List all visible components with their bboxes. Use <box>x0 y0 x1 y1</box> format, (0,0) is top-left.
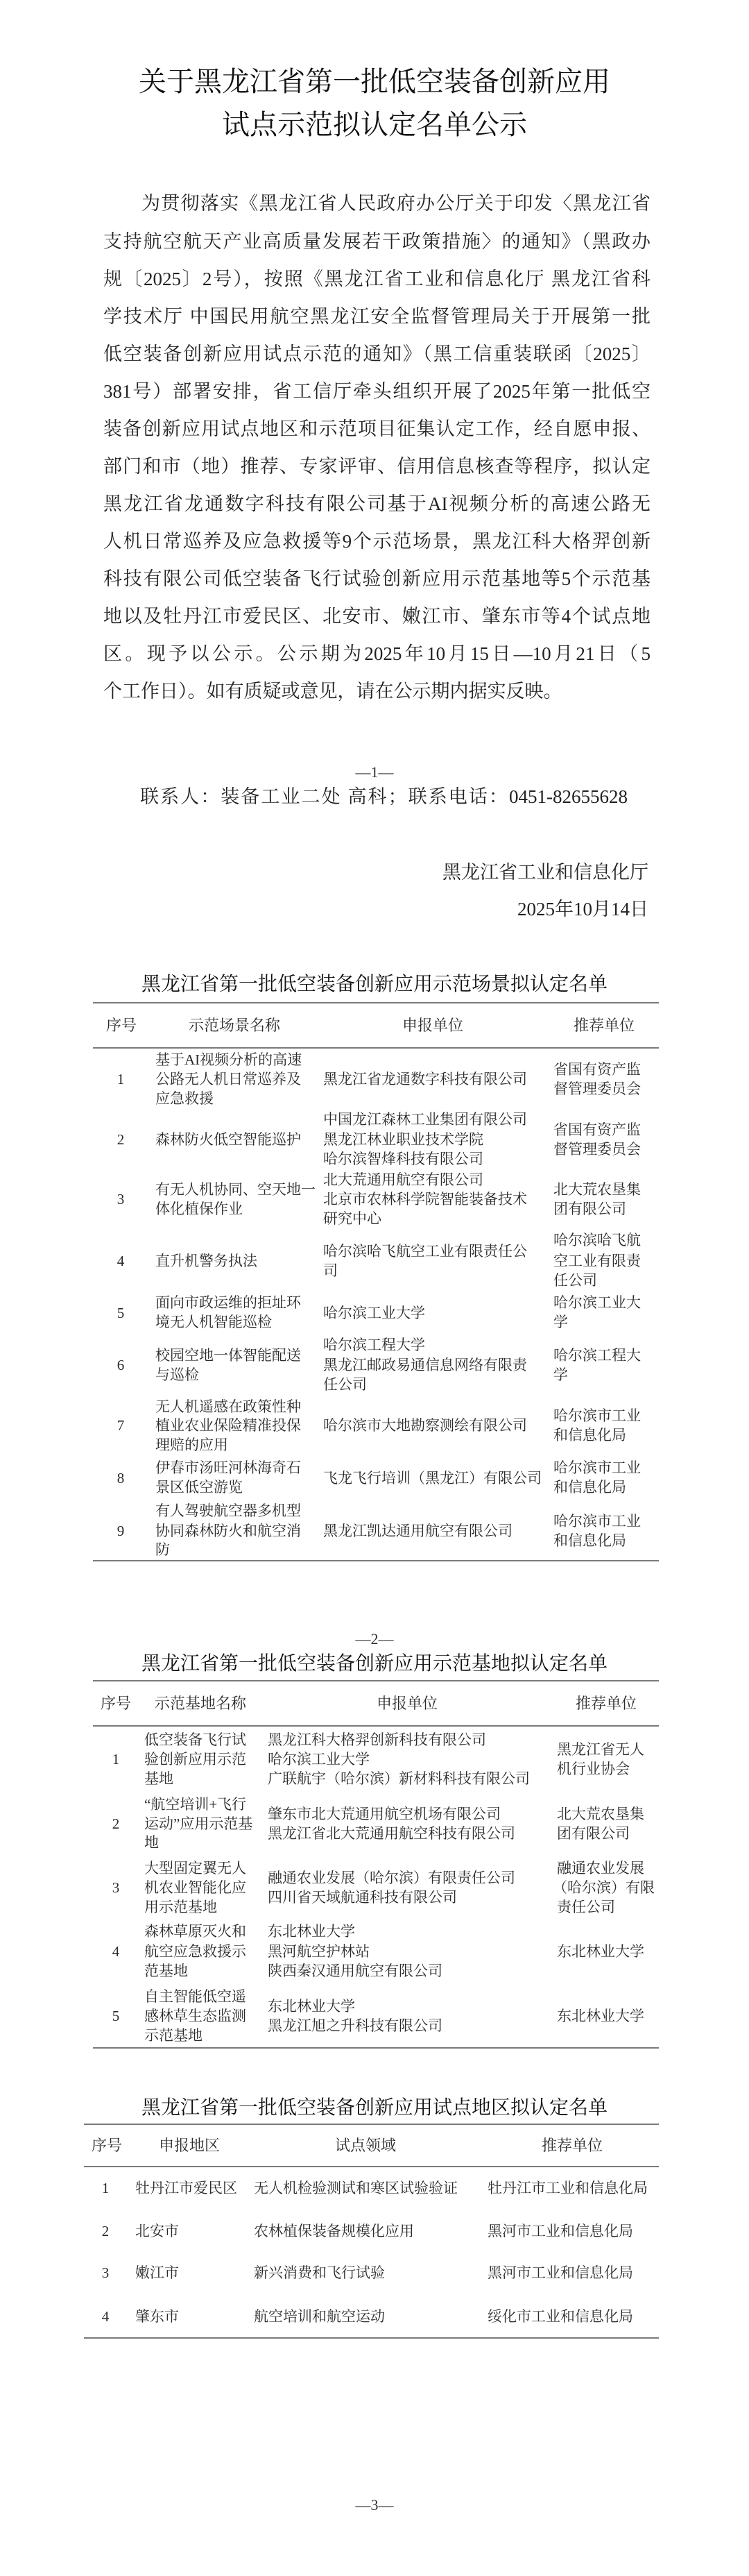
recommender: 东北林业大学 <box>557 2006 644 2026</box>
row-number: 1 <box>105 1749 126 1769</box>
scene-name: 境无人机智能巡检 <box>155 1312 272 1332</box>
recommender: 哈尔滨市工业 <box>553 1406 641 1425</box>
table-top-rule <box>84 2124 659 2125</box>
scene-name: 协同森林防火和航空消 <box>155 1521 301 1541</box>
base-name: 机农业智能化应 <box>144 1878 246 1897</box>
scene-name: 植业农业保险精准投保 <box>155 1416 301 1435</box>
signature-org: 黑龙江省工业和信息化厅 <box>442 862 648 883</box>
table-bottom-rule <box>93 2047 659 2049</box>
scene-name: 伊春市汤旺河林海奇石 <box>155 1458 301 1477</box>
body-line: 支持航空航天产业高质量发展若干政策措施〉的通知》（黑政办 <box>103 231 651 252</box>
base-name: 基地 <box>144 1769 173 1788</box>
header-cell: 序号 <box>101 1694 131 1713</box>
recommender: 和信息化局 <box>553 1425 626 1445</box>
row-number: 4 <box>105 1942 126 1961</box>
recommender: 哈尔滨市工业 <box>553 1511 641 1531</box>
applicant: 黑龙江林业职业技术学院 <box>323 1130 483 1149</box>
applicant: 哈尔滨工业大学 <box>323 1303 425 1323</box>
body-line: 381号）部署安排，省工信厅牵头组织开展了2025年第一批低空 <box>103 381 651 402</box>
region: 北安市 <box>135 2221 179 2241</box>
base-name: 地 <box>144 1833 159 1852</box>
base-name: 感林草生态监测 <box>144 2006 246 2026</box>
recommender: 黑河市工业和信息化局 <box>488 2221 633 2241</box>
table-bottom-rule <box>84 2337 659 2339</box>
row-number: 3 <box>95 2263 116 2282</box>
recommender: 督管理委员会 <box>553 1079 641 1099</box>
body-line: 个工作日）。如有质疑或意见，请在公示期内据实反映。 <box>103 681 651 702</box>
applicant: 中国龙江森林工业集团有限公司 <box>323 1110 527 1129</box>
body-line: 区。现予以公示。公示期为2025年10月15日—10月21日（5 <box>103 643 651 664</box>
recommender: 融通农业发展 <box>557 1858 644 1878</box>
scene-name: 基于AI视频分析的高速 <box>155 1050 302 1069</box>
applicant: 四川省天域航通科技有限公司 <box>268 1888 457 1907</box>
recommender: 和信息化局 <box>553 1477 626 1497</box>
recommender: 省国有资产监 <box>553 1060 641 1079</box>
table-header-rule <box>93 1047 659 1049</box>
row-number: 2 <box>95 2221 116 2241</box>
applicant: 东北林业大学 <box>268 1922 355 1941</box>
region: 牡丹江市爱民区 <box>135 2178 237 2198</box>
pilot-field: 农林植保装备规模化应用 <box>254 2221 414 2241</box>
header-cell: 申报单位 <box>377 1694 438 1713</box>
row-number: 4 <box>110 1251 131 1271</box>
base-name: 低空装备飞行试 <box>144 1730 246 1749</box>
body-line: 科技有限公司低空装备飞行试验创新应用示范基地等5个示范基 <box>103 568 651 589</box>
row-number: 3 <box>110 1189 131 1209</box>
body-line: 地以及牡丹江市爱民区、北安市、嫩江市、肇东市等4个试点地 <box>103 606 651 627</box>
recommender: 学 <box>553 1312 568 1332</box>
applicant: 广联航宇（哈尔滨）新材料科技有限公司 <box>268 1769 530 1788</box>
body-line: 人机日常巡养及应急救援等9个示范场景，黑龙江科大格羿创新 <box>103 531 651 552</box>
base-name: 用示范基地 <box>144 1897 217 1917</box>
header-cell: 示范场景名称 <box>189 1016 280 1035</box>
row-number: 5 <box>110 1303 131 1323</box>
applicant: 哈尔滨哈飞航空工业有限责任公 <box>323 1242 527 1261</box>
recommender: 学 <box>553 1365 568 1384</box>
applicant: 哈尔滨市大地勘察测绘有限公司 <box>323 1416 527 1435</box>
recommender: 空工业有限责 <box>553 1251 641 1271</box>
row-number: 2 <box>110 1130 131 1149</box>
table-bottom-rule <box>93 1560 659 1561</box>
recommender: 北大荒农垦集 <box>557 1804 644 1824</box>
scene-name: 应急救援 <box>155 1089 214 1108</box>
base-name: 范基地 <box>144 1961 188 1981</box>
recommender: 机行业协会 <box>557 1759 630 1779</box>
header-cell: 申报单位 <box>402 1016 463 1035</box>
recommender: （哈尔滨）有限 <box>553 1878 655 1897</box>
applicant: 黑龙江科大格羿创新科技有限公司 <box>268 1730 486 1749</box>
row-number: 7 <box>110 1416 131 1435</box>
recommender: 和信息化局 <box>553 1531 626 1550</box>
recommender: 团有限公司 <box>557 1824 630 1843</box>
applicant: 司 <box>323 1261 338 1280</box>
scene-name: 面向市政运维的拒址环 <box>155 1293 301 1312</box>
row-number: 3 <box>105 1878 126 1897</box>
table-regions-title: 黑龙江省第一批低空装备创新应用试点地区拟认定名单 <box>0 2097 749 2118</box>
row-number: 1 <box>110 1069 131 1089</box>
recommender: 东北林业大学 <box>557 1942 644 1961</box>
header-cell: 示范基地名称 <box>155 1694 246 1713</box>
body-line: 为贯彻落实《黑龙江省人民政府办公厅关于印发〈黑龙江省 <box>141 193 651 214</box>
body-line: 低空装备创新应用试点示范的通知》（黑工信重装联函〔2025〕 <box>103 344 651 364</box>
base-name: 示范基地 <box>144 2026 203 2045</box>
row-number: 9 <box>110 1521 131 1541</box>
applicant: 黑龙江凯达通用航空有限公司 <box>323 1521 513 1541</box>
pilot-field: 无人机检验测试和寒区试验验证 <box>254 2178 458 2198</box>
recommender: 哈尔滨市工业 <box>553 1458 641 1477</box>
body-line: 规〔2025〕2号），按照《黑龙江省工业和信息化厅 黑龙江省科 <box>103 269 651 289</box>
base-name: 大型固定翼无人 <box>144 1858 246 1878</box>
recommender: 哈尔滨哈飞航 <box>553 1230 641 1250</box>
recommender: 黑龙江省无人 <box>557 1740 644 1759</box>
applicant: 肇东市北大荒通用航空机场有限公司 <box>268 1804 501 1824</box>
region: 嫩江市 <box>135 2263 179 2282</box>
page-number: —2— <box>0 1631 749 1647</box>
base-name: 验创新应用示范 <box>144 1749 246 1769</box>
applicant: 黑龙江省龙通数字科技有限公司 <box>323 1069 527 1089</box>
applicant: 融通农业发展（哈尔滨）有限责任公司 <box>268 1868 515 1888</box>
recommender: 团有限公司 <box>553 1199 626 1219</box>
recommender: 任公司 <box>553 1271 597 1290</box>
row-number: 2 <box>105 1814 126 1833</box>
table-top-rule <box>93 1680 659 1681</box>
body-line: 装备创新应用试点地区和示范项目征集认定工作，经自愿申报、 <box>103 418 651 439</box>
table-top-rule <box>93 1002 659 1003</box>
recommender: 牡丹江市工业和信息化局 <box>488 2178 648 2198</box>
scene-name: 理赔的应用 <box>155 1435 228 1455</box>
row-number: 5 <box>105 2006 126 2026</box>
applicant: 黑龙江省北大荒通用航空科技有限公司 <box>268 1824 515 1843</box>
row-number: 6 <box>110 1355 131 1375</box>
base-name: 航空应急救援示 <box>144 1942 246 1961</box>
applicant: 北大荒通用航空有限公司 <box>323 1170 483 1189</box>
row-number: 8 <box>110 1468 131 1488</box>
recommender: 北大荒农垦集 <box>553 1180 641 1199</box>
applicant: 东北林业大学 <box>268 1997 355 2016</box>
scene-name: 体化植保作业 <box>155 1199 243 1219</box>
header-cell: 试点领域 <box>335 2136 396 2155</box>
recommender: 哈尔滨工业大 <box>553 1293 641 1312</box>
recommender: 省国有资产监 <box>553 1120 641 1139</box>
page-number: —1— <box>0 764 749 781</box>
scene-name: 无人机遥感在政策性种 <box>155 1397 301 1416</box>
scene-name: 有无人机协同、空天地一 <box>155 1180 316 1199</box>
row-number: 4 <box>95 2307 116 2326</box>
scene-name: 景区低空游览 <box>155 1477 243 1497</box>
header-cell: 序号 <box>92 2136 122 2155</box>
pilot-field: 新兴消费和飞行试验 <box>254 2263 385 2282</box>
recommender: 哈尔滨工程大 <box>553 1346 641 1365</box>
scene-name: 与巡检 <box>155 1365 199 1384</box>
document-title-line-1: 关于黑龙江省第一批低空装备创新应用 <box>0 68 749 96</box>
recommender: 责任公司 <box>557 1897 615 1917</box>
header-cell: 申报地区 <box>159 2136 220 2155</box>
applicant: 黑龙江邮政易通信息网络有限责 <box>323 1355 527 1375</box>
header-cell: 推荐单位 <box>574 1016 635 1035</box>
base-name: “航空培训+飞行 <box>144 1795 246 1814</box>
header-cell: 推荐单位 <box>542 2136 603 2155</box>
scene-name: 校园空地一体智能配送 <box>155 1346 301 1365</box>
body-line: 学技术厅 中国民用航空黑龙江安全监督管理局关于开展第一批 <box>103 306 651 327</box>
recommender: 督管理委员会 <box>553 1139 641 1159</box>
scene-name: 直升机警务执法 <box>155 1251 257 1271</box>
scene-name: 公路无人机日常巡养及 <box>155 1069 301 1089</box>
applicant: 任公司 <box>323 1375 367 1394</box>
applicant: 黑河航空护林站 <box>268 1942 370 1961</box>
header-cell: 推荐单位 <box>576 1694 637 1713</box>
applicant: 北京市农林科学院智能装备技术 <box>323 1189 527 1209</box>
signature-date: 2025年10月14日 <box>517 899 648 920</box>
document-title-line-2: 试点示范拟认定名单公示 <box>0 111 749 139</box>
region: 肇东市 <box>135 2307 179 2326</box>
applicant: 陕西秦汉通用航空有限公司 <box>268 1961 442 1981</box>
base-name: 运动”应用示范基 <box>144 1814 252 1833</box>
recommender: 黑河市工业和信息化局 <box>488 2263 633 2282</box>
table-bases-title: 黑龙江省第一批低空装备创新应用示范基地拟认定名单 <box>0 1653 749 1674</box>
scene-name: 防 <box>155 1540 170 1559</box>
body-line: 部门和市（地）推荐、专家评审、信用信息核查等程序，拟认定 <box>103 456 651 477</box>
table-scenes-title: 黑龙江省第一批低空装备创新应用示范场景拟认定名单 <box>0 974 749 994</box>
scene-name: 森林防火低空智能巡护 <box>155 1130 301 1149</box>
applicant: 哈尔滨工业大学 <box>268 1749 370 1769</box>
body-line: 黑龙江省龙通数字科技有限公司基于AI视频分析的高速公路无 <box>103 493 651 514</box>
applicant: 哈尔滨智烽科技有限公司 <box>323 1149 483 1169</box>
table-header-rule <box>84 2166 659 2167</box>
applicant: 黑龙江旭之升科技有限公司 <box>268 2016 442 2035</box>
contact-info: 联系人：装备工业二处 高科；联系电话：0451-82655628 <box>140 786 628 807</box>
applicant: 哈尔滨工程大学 <box>323 1335 425 1355</box>
row-number: 1 <box>95 2178 116 2198</box>
base-name: 自主智能低空遥 <box>144 1987 246 2006</box>
applicant: 飞龙飞行培训（黑龙江）有限公司 <box>323 1468 542 1488</box>
table-header-rule <box>93 1725 659 1727</box>
base-name: 森林草原灭火和 <box>144 1922 246 1941</box>
pilot-field: 航空培训和航空运动 <box>254 2307 385 2326</box>
scene-name: 有人驾驶航空器多机型 <box>155 1501 301 1520</box>
recommender: 绥化市工业和信息化局 <box>488 2307 633 2326</box>
page-number: —3— <box>0 2497 749 2514</box>
header-cell: 序号 <box>106 1016 137 1035</box>
applicant: 研究中心 <box>323 1209 381 1228</box>
